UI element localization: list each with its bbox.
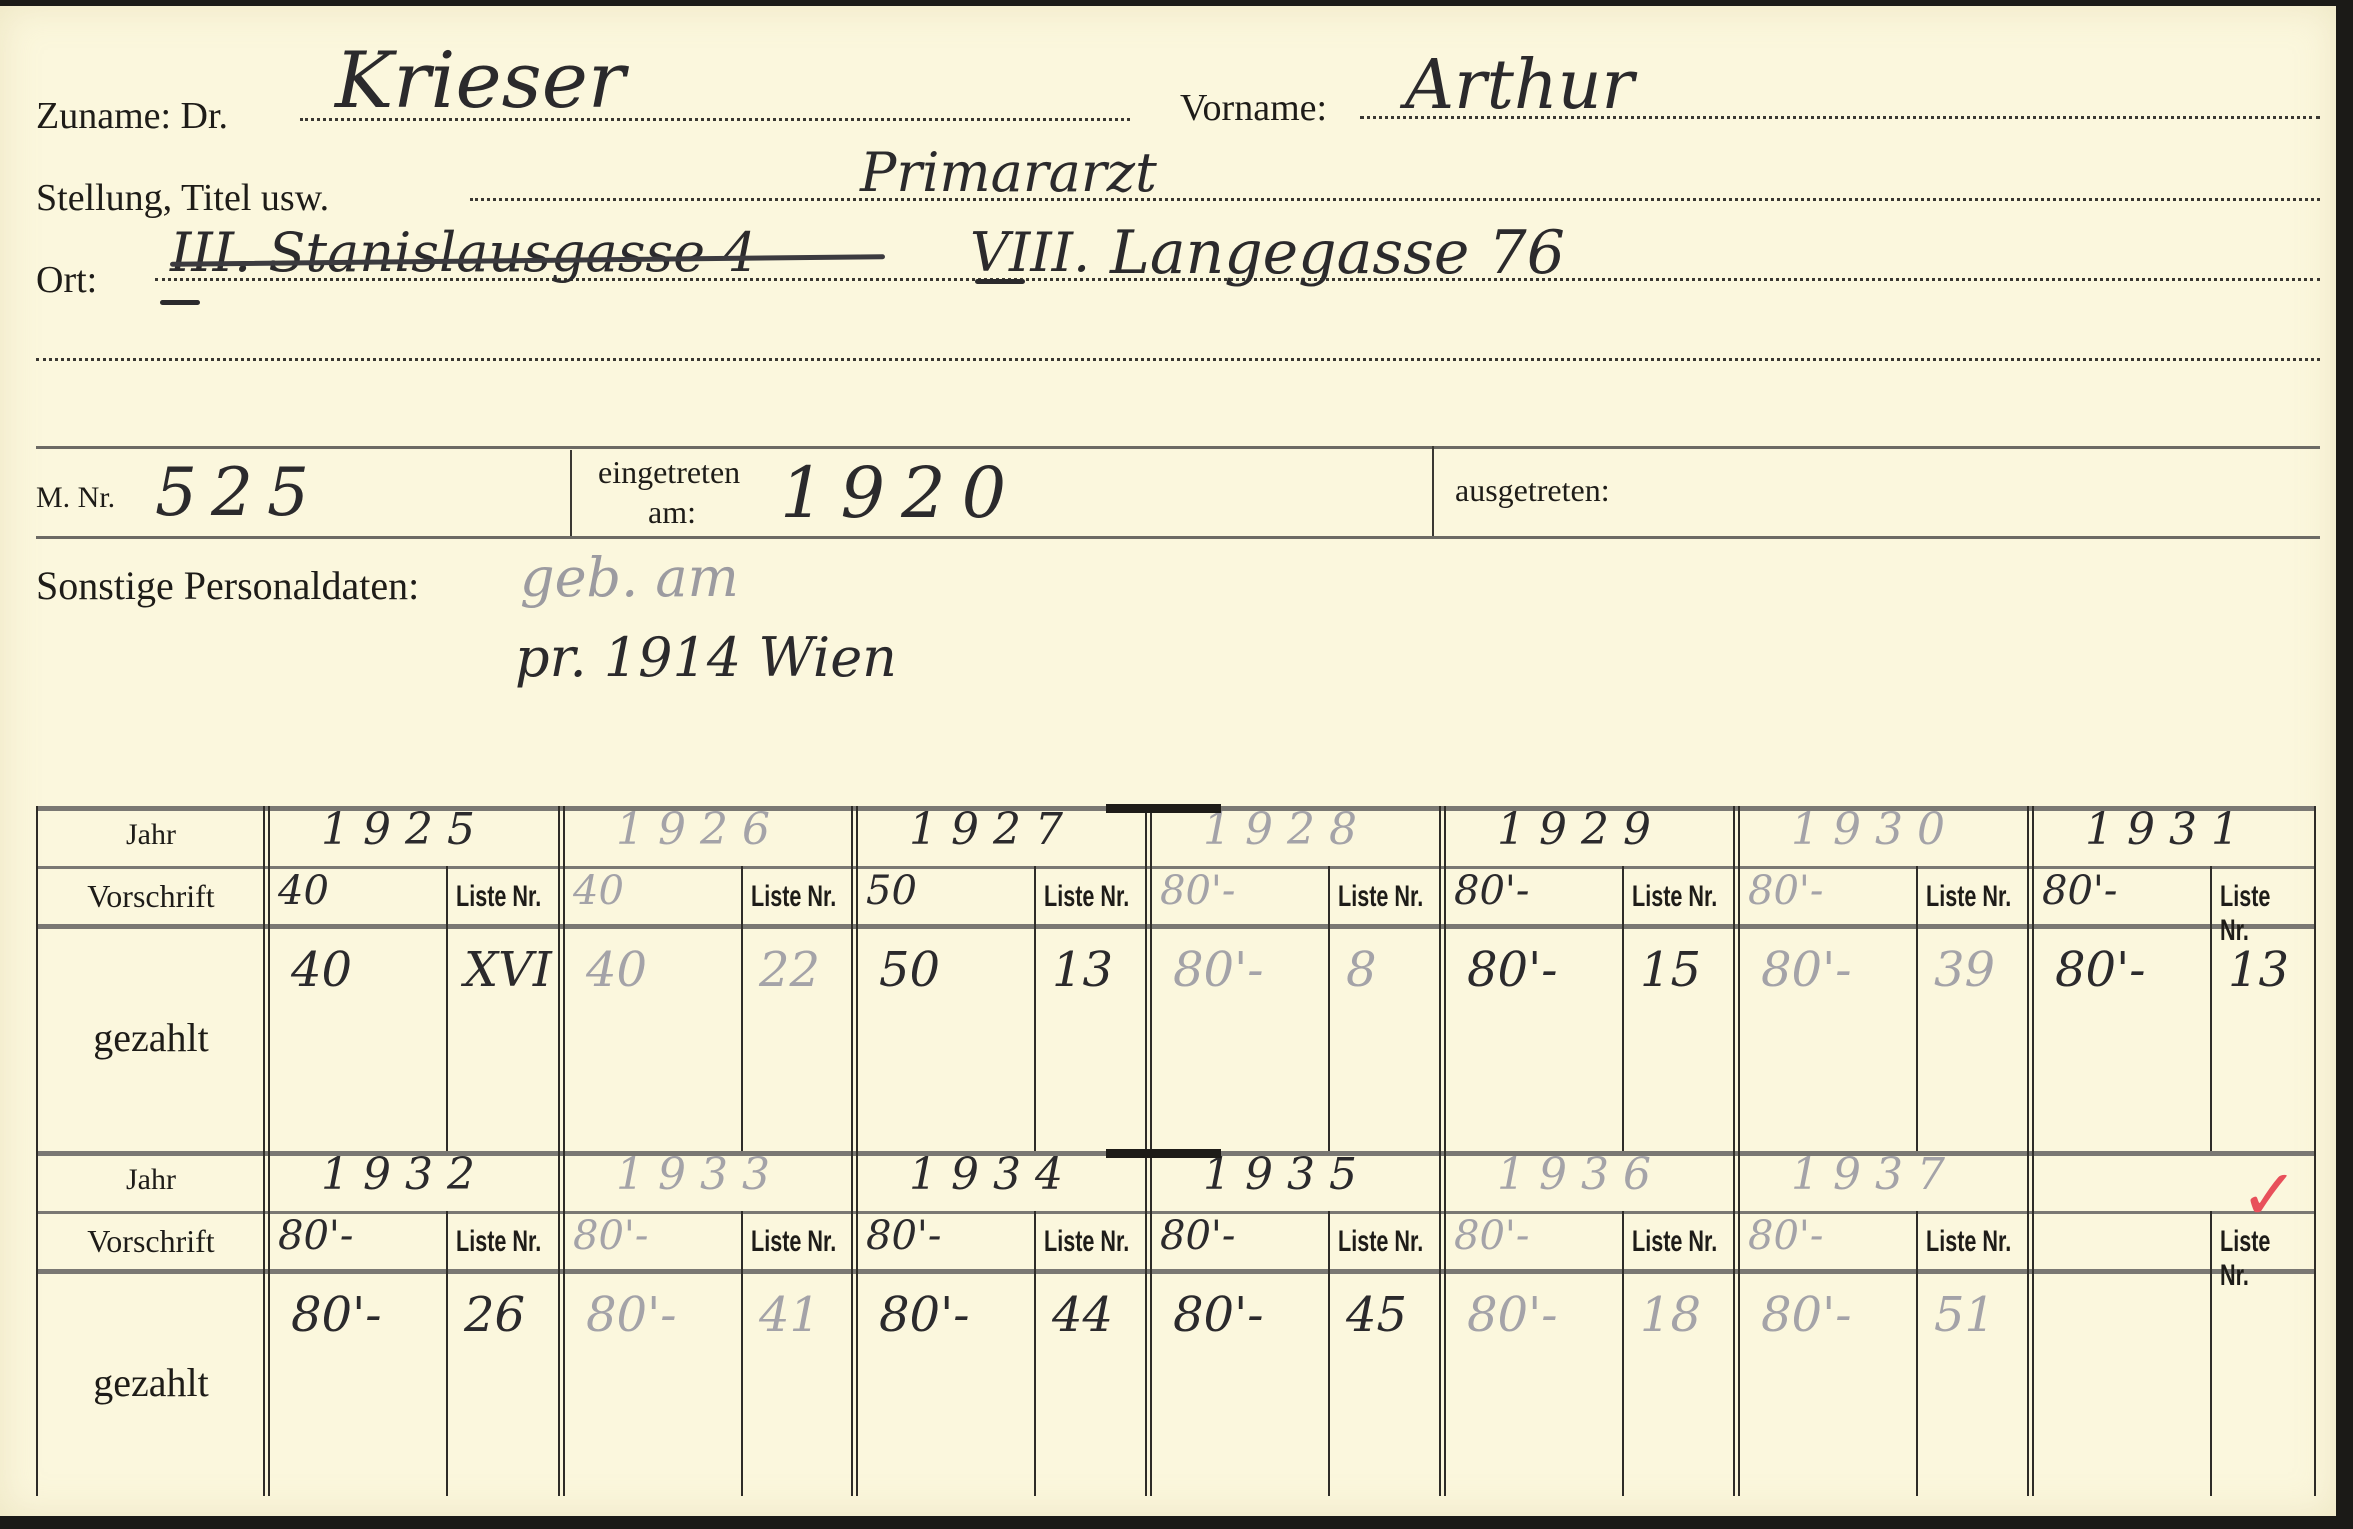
liste-divider [2210,866,2212,1151]
liste-nr-label: Liste Nr. [1632,1225,1717,1259]
liste-nr-label: Liste Nr. [751,1225,836,1259]
liste-nr-cell: 15 [1640,942,1701,998]
year-cell: 1936 [1497,1149,1665,1200]
column-divider [2027,1151,2034,1496]
vorschrift-cell: 80'- [1454,868,1529,914]
liste-nr-cell: 13 [2228,942,2289,998]
column-divider [1145,1151,1152,1496]
column-divider [1439,806,1446,1151]
year-cell: 1937 [1791,1149,1959,1200]
vorschrift-cell: 80'- [573,1213,648,1259]
table-edge [36,1151,38,1496]
vorschrift-label: Vorschrift [36,1223,266,1260]
liste-nr-label: Liste Nr. [2220,880,2289,948]
ausgetreten-divider [1432,446,1434,536]
vorschrift-cell: 40 [278,868,329,914]
jahr-label: Jahr [36,1163,266,1197]
ort-old-address-struck: III. Stanislausgasse 4 [170,221,757,284]
ausgetreten-label: ausgetreten: [1455,472,1610,509]
table-edge [2314,806,2316,1151]
liste-nr-label: Liste Nr. [1926,1225,2011,1259]
table-rule [36,1269,2316,1274]
liste-divider [2210,1211,2212,1496]
liste-divider [1034,866,1036,1151]
liste-divider [1916,1211,1918,1496]
table-edge [2314,1151,2316,1496]
membership-index-card: Zuname: Dr. Krieser Vorname: Arthur Stel… [0,6,2336,1516]
gezahlt-cell: 40 [586,942,647,998]
year-cell: 1929 [1497,804,1665,855]
gezahlt-cell: 80'- [1467,1287,1558,1343]
liste-nr-label: Liste Nr. [1044,880,1129,914]
heavy-rule-accent [1106,804,1221,813]
gezahlt-cell: 80'- [291,1287,382,1343]
liste-nr-label: Liste Nr. [751,880,836,914]
gezahlt-cell: 80'- [586,1287,677,1343]
liste-nr-label: Liste Nr. [1338,1225,1423,1259]
check-mark-icon: ✓ [2240,1154,2299,1236]
liste-nr-cell: XVI [464,942,552,998]
column-divider [1145,806,1152,1151]
column-divider [1439,1151,1446,1496]
gezahlt-cell: 50 [879,942,940,998]
vorschrift-cell: 80'- [278,1213,353,1259]
liste-divider [1328,1211,1330,1496]
vorschrift-cell: 80'- [1160,1213,1235,1259]
vorname-value: Arthur [1405,46,1634,125]
year-cell: 1932 [321,1149,489,1200]
ort-district-underline [975,279,1025,284]
liste-divider [1622,866,1624,1151]
liste-nr-label: Liste Nr. [1044,1225,1129,1259]
gezahlt-cell: 40 [291,942,352,998]
ort-label: Ort: [36,258,97,302]
liste-nr-cell: 8 [1346,942,1377,998]
gezahlt-label: gezahlt [36,1359,266,1406]
gezahlt-cell: 80'- [879,1287,970,1343]
sonstige-line1: geb. am [520,546,739,609]
liste-nr-label: Liste Nr. [1632,880,1717,914]
gezahlt-cell: 80'- [1173,942,1264,998]
column-divider [558,1151,565,1496]
eingetreten-label-line2: am: [648,494,696,531]
year-cell: 1925 [321,804,489,855]
mnr-top-rule [36,446,2320,449]
column-divider [851,806,858,1151]
vorschrift-cell: 40 [573,868,624,914]
liste-nr-cell: 41 [759,1287,820,1343]
liste-divider [1034,1211,1036,1496]
stellung-dotted-line [470,198,2320,201]
vorschrift-cell: 80'- [2042,868,2117,914]
liste-nr-cell: 13 [1052,942,1113,998]
table-edge [36,806,38,1151]
liste-nr-label: Liste Nr. [1338,880,1423,914]
mnr-label: M. Nr. [36,481,115,515]
eingetreten-value: 1920 [780,452,1022,534]
liste-nr-cell: 22 [759,942,820,998]
year-cell: 1933 [616,1149,784,1200]
liste-nr-label: Liste Nr. [456,1225,541,1259]
year-cell: 1931 [2085,804,2253,855]
sonstige-line2: pr. 1914 Wien [515,626,897,689]
column-divider [1733,806,1740,1151]
ort-district: VIII. [970,221,1090,284]
liste-divider [1328,866,1330,1151]
liste-nr-cell: 26 [464,1287,525,1343]
vorschrift-cell: 80'- [1748,868,1823,914]
column-divider [263,1151,270,1496]
payment-table: JahrVorschriftgezahlt192540Liste Nr.40XV… [36,806,2316,1496]
column-divider [2027,806,2034,1151]
year-cell: 1930 [1791,804,1959,855]
gezahlt-label: gezahlt [36,1014,266,1061]
column-divider [558,806,565,1151]
liste-nr-label: Liste Nr. [456,880,541,914]
vorname-label: Vorname: [1180,86,1327,130]
mnr-value: 525 [155,454,323,531]
liste-divider [446,866,448,1151]
mnr-bottom-rule [36,536,2320,539]
extra-dotted-line [36,358,2320,361]
gezahlt-cell: 80'- [1173,1287,1264,1343]
ort-underline-mark [160,300,200,305]
liste-divider [1916,866,1918,1151]
vorschrift-cell: 80'- [1454,1213,1529,1259]
gezahlt-cell: 80'- [1761,1287,1852,1343]
mnr-divider [570,450,572,536]
heavy-rule-accent [1106,1149,1221,1158]
table-rule [36,924,2316,929]
jahr-label: Jahr [36,818,266,852]
vorschrift-cell: 50 [866,868,917,914]
liste-nr-cell: 44 [1052,1287,1113,1343]
sonstige-label: Sonstige Personaldaten: [36,562,419,609]
year-cell: 1934 [909,1149,1077,1200]
liste-divider [446,1211,448,1496]
vorschrift-cell: 80'- [1160,868,1235,914]
liste-nr-cell: 51 [1934,1287,1995,1343]
year-cell: 1927 [909,804,1077,855]
gezahlt-cell: 80'- [1467,942,1558,998]
liste-divider [741,1211,743,1496]
zuname-value: Krieser [335,36,625,126]
liste-nr-label: Liste Nr. [1926,880,2011,914]
liste-divider [1622,1211,1624,1496]
stellung-value: Primararzt [860,141,1157,204]
stellung-label: Stellung, Titel usw. [36,176,329,220]
liste-nr-cell: 18 [1640,1287,1701,1343]
vorschrift-cell: 80'- [1748,1213,1823,1259]
year-cell: 1935 [1203,1149,1371,1200]
ort-current-street: Langegasse 76 [1110,218,1565,288]
gezahlt-cell: 80'- [1761,942,1852,998]
column-divider [263,806,270,1151]
column-divider [1733,1151,1740,1496]
vorschrift-cell: 80'- [866,1213,941,1259]
zuname-label: Zuname: Dr. [36,94,228,138]
table-bottom-rule [36,1496,2316,1499]
column-divider [851,1151,858,1496]
liste-divider [741,866,743,1151]
liste-nr-cell: 39 [1934,942,1995,998]
year-cell: 1928 [1203,804,1371,855]
eingetreten-label-line1: eingetreten [598,454,740,491]
vorschrift-label: Vorschrift [36,878,266,915]
year-cell: 1926 [616,804,784,855]
liste-nr-cell: 45 [1346,1287,1407,1343]
gezahlt-cell: 80'- [2055,942,2146,998]
